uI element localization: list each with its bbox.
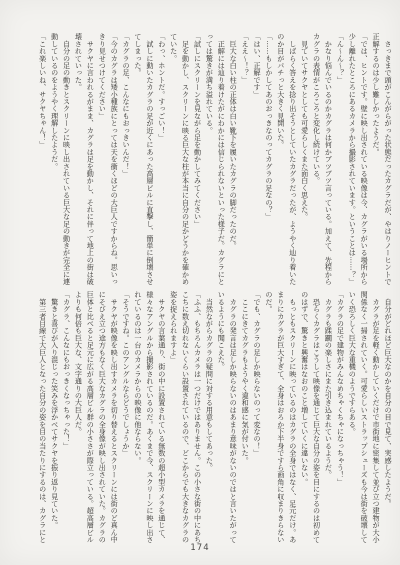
text-line: 「ふふ、もちろんカメラは一つだけではありません。この小さな街の中にあち — [192, 291, 204, 543]
text-line: サクヤの言葉通り、街の中に設置されている無数の超小型カメラを通じて、 — [156, 291, 168, 543]
text-line: 自分の足の動きとスクリーンに映し出されている巨大な足の動きが完全に連 — [61, 33, 73, 285]
text-line: 関係なく一掃されていく。可愛らしいストラップシューズも今は街を破壊して — [358, 291, 370, 543]
text-line: 「ええ〜！？」 — [239, 33, 251, 285]
text-line: ていた。 — [168, 33, 180, 285]
text-line: サクヤに言われるがまま、カグラは足を動かし、それに伴って地上の街は破 — [84, 33, 96, 285]
text-line: のか目がパチっと大きく見開いた。 — [275, 33, 287, 285]
text-block-top: さっきまで頭がこんがらがった状態だったカグラだが、やはりノーヒントで正解するのは… — [36, 33, 394, 285]
text-line: 「そうですね。このアングルならどうでしょうか」 — [120, 291, 132, 543]
text-line: 自分がどれほど巨大なのかを自分の目で見て、実感したようだ。 — [382, 291, 394, 543]
text-line: 「でも、カグラの足しか映らないのって変なの！」 — [251, 291, 263, 543]
text-line: 「……もしかしてあのおっきなのってカグラの足なの？」 — [263, 33, 275, 285]
text-line: のはずで、驚きと興奮はなおのこと増していくに違いない。 — [299, 291, 311, 543]
text-line: 「カグラの足、こんなにもおっきいんだ！」 — [120, 33, 132, 285]
text-line: っては驚きが満ち溢れている。 — [204, 33, 216, 285]
text-line: しばらく答えを捻り出そうとしていたカグラだったが、ようやく辿り着いた — [287, 33, 299, 285]
text-line: カグラの表情がころころと変化し続けている。 — [311, 33, 323, 285]
text-line: 巨体と比べると足元に広がる高層ビル群の小ささが際立っている。超高層ビル — [84, 291, 96, 543]
text-line: 足を動かし、スクリーンに映る巨大な柱が本当に自分の足かどうかを確かめ — [180, 33, 192, 285]
text-line: 恐らくカグラはこうして映像を通じて巨大な自分の姿を目にするのは初めて — [311, 291, 323, 543]
text-line: てしまった。 — [132, 33, 144, 285]
text-line: サクヤが映像を映し出すカメラを切り替えるとスクリーンには街のど真ん中 — [108, 291, 120, 543]
text-line: 「試しにスクリーンを見ながら足を動かしてみてください」 — [192, 33, 204, 285]
text-line: ここにきてカグラもようやく違和感に気が付いた。 — [239, 291, 251, 543]
text-line: 正解には辿り着けたがにわかには信じられないといった様子だ。カグラにと — [215, 33, 227, 285]
text-line: こちに数え切れないくらい設置されているので、どこからでも大きなカグラの — [180, 291, 192, 543]
text-line: 「では、ヒントです。壁に映し出されている映像は今、カグラがいる場所から — [358, 33, 370, 285]
text-line: かなり悩んでいるのかカグラは何かブツブツ言っている。加えて、先程から — [323, 33, 335, 285]
text-line: 正解するのは少し難しかったようだ。 — [370, 33, 382, 285]
text-line: 「はい、正解です」 — [251, 33, 263, 285]
text-line: 「わっ、ホントだ。すっごい！」 — [156, 33, 168, 285]
text-line: よりも何倍も巨大な、文字通りの大巨人だ。 — [73, 291, 85, 543]
text-line: のだ。 — [263, 291, 275, 543]
text-block-bottom: 自分がどれほど巨大なのかを自分の目で見て、実感したようだ。 カグラが足を軽く動か… — [36, 291, 394, 543]
page-number: 174 — [0, 543, 400, 553]
text-line: 見ていてサクヤとしても可愛らしくまた面白く思えた。 — [299, 33, 311, 285]
text-line: 動しているのをようやく理解したようだ。 — [49, 33, 61, 285]
text-line: 「これ楽しいね、サクヤちゃん！」 — [37, 33, 49, 285]
text-line: 巨大な白い柱の正体は白い靴下を履いたカグラの脚だったのだ。 — [227, 33, 239, 285]
text-line: 「カグラ、こんなにもおっきくなっちゃった！」 — [61, 291, 73, 543]
text-line: 少し離れたところにあるカメラから撮影されています。ということは……？」 — [346, 33, 358, 285]
text-line: 驚きと喜びが入り混じった笑みを浮かべてサクヤを振り返り見ていた。 — [49, 291, 61, 543]
text-line: いく恐ろしく巨大な重機のようですらある。 — [346, 291, 358, 543]
text-line: 姿を捉えられますよ」 — [168, 291, 180, 543]
text-line: カグラも蹂躙の楽しさにまた引き込まれているようだ。 — [323, 291, 335, 543]
text-line: 試しに動いたカグラの足が近くにあった高層ビルに直撃し、簡単に倒壊させ — [144, 33, 156, 285]
text-line: れているのは一台のカメラからの映像に他ならない。 — [132, 291, 144, 543]
text-line: にそびえ立つ途方もなく巨大なカグラの全身像が映し出されていた。カグラの — [96, 291, 108, 543]
text-line: 様々なアングルから撮影されているのだ。あくまで今、スクリーンに映し出さ — [144, 291, 156, 543]
text-line: 第三者目線で大巨人となった自分の姿を目の当たりにするのは、カグラにと — [37, 291, 49, 543]
text-line: 当然ながらカグラの疑問に対する用意もしてあった。 — [204, 291, 216, 543]
text-line: まりにカグラが巨大すぎて、全身はおろか下半身ですら画角に収まりきらない — [275, 291, 287, 543]
text-line: いるようにも聞こえた。 — [215, 291, 227, 543]
text-line: さっきまで頭がこんがらがった状態だったカグラだが、やはりノーヒントで — [382, 33, 394, 285]
text-line: 「今のカグラは矮小種族にとっては天を衝くほどの大巨人ですからね。思いっ — [108, 33, 120, 285]
text-line: カグラの発言は足しか映らないのはあまり意味がないのではと言いたがって — [227, 291, 239, 543]
text-line: 「ん〜ん〜？」 — [334, 33, 346, 285]
novel-page: さっきまで頭がこんがらがった状態だったカグラだが、やはりノーヒントで正解するのは… — [0, 0, 400, 565]
text-line: 壊されていった。 — [73, 33, 85, 285]
text-line: きり見せつけてください」 — [96, 33, 108, 285]
text-line: もっともスクリーンに映っているのはカグラの全身ではなく、足元だけ。あ — [287, 291, 299, 543]
text-line: 「カグラの足で建物がみんなめちゃくちゃになっちゃう！」 — [334, 291, 346, 543]
text-line: カグラが足を軽く動かしていくだけで市街地に密集して並び立つ建物が大小 — [370, 291, 382, 543]
